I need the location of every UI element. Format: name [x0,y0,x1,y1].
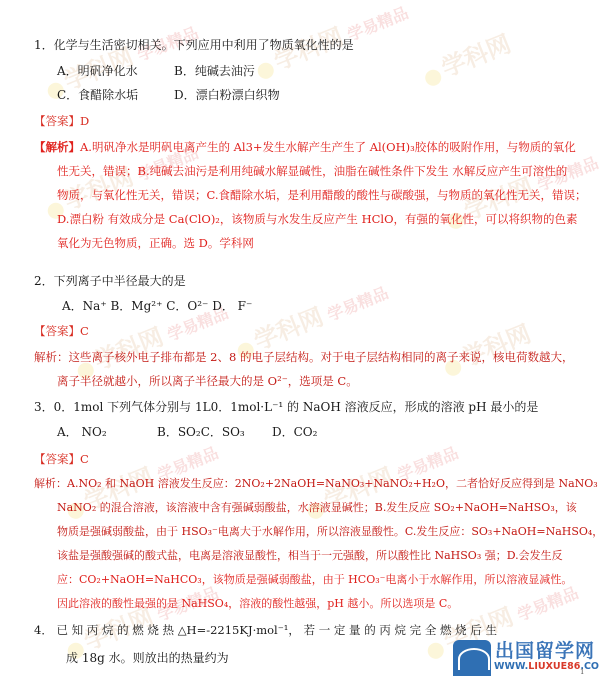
answer-value: C [80,324,89,338]
answer-label: 【答案】 [34,114,80,128]
answer-value: C [80,452,89,466]
analysis-label: 【解析】 [34,140,80,154]
answer-label: 【答案】 [34,324,80,338]
answer-value: D [80,114,89,128]
mascot-icon [425,640,446,661]
q1-stem: 1．化学与生活密切相关。下列应用中利用了物质氧化性的是 [34,38,354,52]
q1-analysis-line-1: 【解析】A.明矾净水是明矾电离产生的 Al3+发生水解产生产生了 Al(OH)₃… [34,140,576,154]
q3-option-bc: B．SO₂C．SO₃ [157,425,245,439]
analysis-label: 解析： [34,477,67,490]
q2-analysis-line-2: 离子半径就越小，所以离子半径最大的是 O²⁻，选项是 C。 [57,374,358,388]
watermark: 学科网 [437,314,535,381]
globe-emblem-icon [453,640,491,676]
q1-option-b: B．纯碱去油污 [174,64,255,78]
watermark: 学科网 [417,24,515,91]
answer-label: 【答案】 [34,452,80,466]
watermark-text: 学科网 [250,303,327,356]
watermark-subtext: 学易精品 [345,3,411,45]
watermark-text: 学科网 [438,30,515,83]
mascot-icon [255,60,276,81]
q3-option-a: A． NO₂ [57,425,107,439]
watermark-text: 学科网 [458,320,535,373]
q3-analysis-line-4: 该盐是强酸强碱的酸式盐，电离是溶液显酸性，相当于一元强酸，所以酸性比 NaHSO… [57,549,563,563]
q1-answer: 【答案】D [34,114,89,128]
q1-analysis-line-3: 物质，与氧化性无关，错误；C.食醋除水垢，是利用醋酸的酸性与碳酸强，与物质的氧化… [57,188,587,202]
q3-stem: 3．0．1mol 下列气体分别与 1L0．1mol·L⁻¹ 的 NaOH 溶液反… [34,400,538,414]
q1-option-a: A．明矾净化水 [57,64,138,78]
q1-analysis-line-5: 氧化为无色物质，正确。选 D。学科网 [57,236,254,250]
q3-analysis-line-5: 应：CO₂+NaOH=NaHCO₃，该物质是强碱弱酸盐，由于 HCO₃⁻电离小于… [57,573,572,587]
q4-stem-line-2: 成 18g 水。则放出的热量约为 [66,651,229,665]
q3-option-d: D．CO₂ [272,425,317,439]
q2-analysis-line-1: 解析：这些离子核外电子排布都是 2、8 的电子层结构。对于电子层结构相同的离子来… [34,350,573,364]
q4-stem-line-1: 4． 已 知 丙 烷 的 燃 烧 热 △H=-2215KJ·mol⁻¹， 若 一… [34,623,497,637]
q3-answer: 【答案】C [34,452,89,466]
q1-analysis-line-2: 性无关，错误；B.纯碱去油污是利用纯碱水解显碱性，油脂在碱性条件下发生 水解反应… [57,164,567,178]
q1-analysis-line-4: D.漂白粉 有效成分是 Ca(ClO)₂，该物质与水发生反应产生 HClO，有强… [57,212,578,226]
q1-option-c: C．食醋除水垢 [57,88,138,102]
q2-options: A．Na⁺ B．Mg²⁺ C．O²⁻ D． F⁻ [62,299,252,313]
document-page: 学科网 学易精品学科网 学易精品学科网学科网 学易精品学科网 学易精品学科网 学… [0,0,599,676]
q2-answer: 【答案】C [34,324,89,338]
logo-title: 出国留学网 [495,640,595,662]
page-number: 1 [580,668,584,676]
q3-analysis-line-3: 物质是强碱弱酸盐，由于 HSO₃⁻电离大于水解作用，所以溶液显酸性。C.发生反应… [57,525,599,539]
watermark-subtext: 学易精品 [325,283,391,325]
analysis-label: 解析： [34,350,69,364]
q3-analysis-line-6: 因此溶液的酸性最强的是 NaHSO₄，溶液的酸性越强，pH 越小。所以选项是 C… [57,597,458,611]
watermark-subtext: 学易精品 [515,583,581,625]
q2-stem: 2．下列离子中半径最大的是 [34,274,186,288]
mascot-icon [423,67,444,88]
q1-option-d: D．漂白粉漂白织物 [174,88,280,102]
q3-analysis-line-2: NaNO₂ 的混合溶液，该溶液中含有强碱弱酸盐，水溶液显碱性；B.发生反应 SO… [57,501,577,515]
liuxue86-logo: 出国留学网 WWW.LIUXUE86.COM [453,640,599,676]
q3-analysis-line-1: 解析：A.NO₂ 和 NaOH 溶液发生反应：2NO₂+2NaOH=NaNO₃+… [34,477,599,491]
